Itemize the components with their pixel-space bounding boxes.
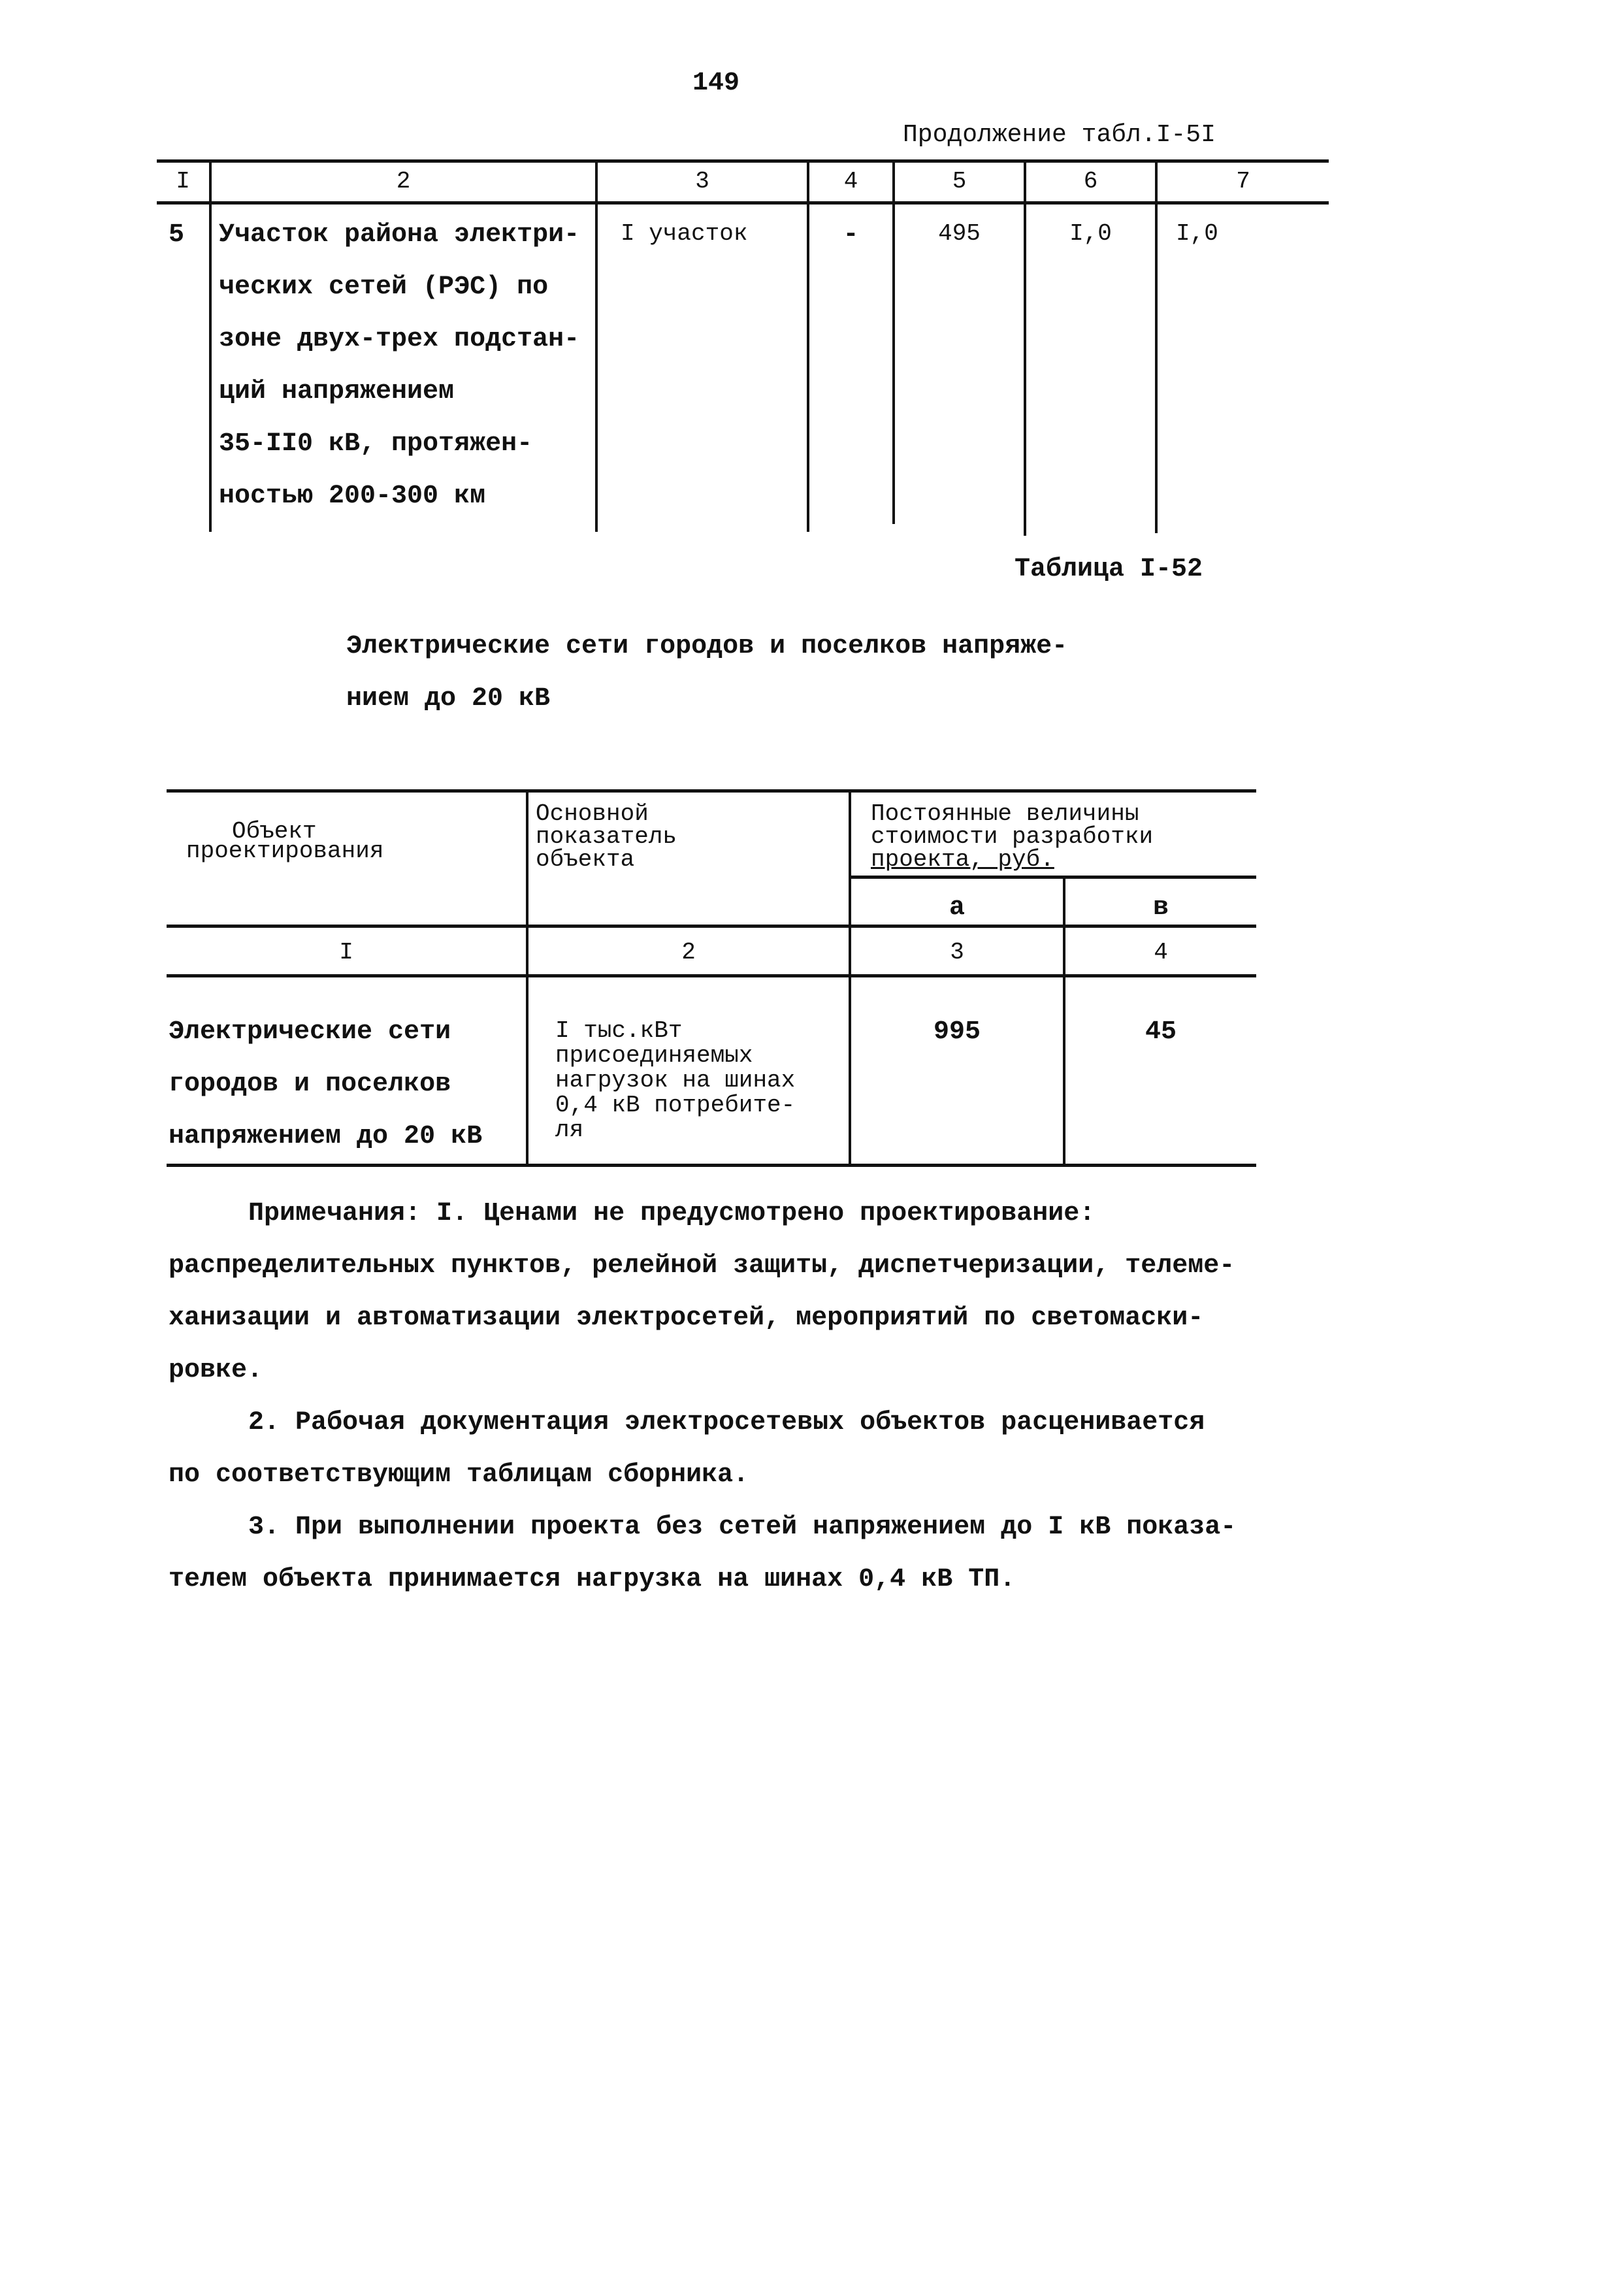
note-line: 2. Рабочая документация электросетевых о… (248, 1410, 1205, 1436)
table1-unit: I участок (621, 222, 747, 246)
table1-header-cell: 7 (1158, 170, 1329, 193)
table2-header-cost: Постоянные величины (871, 802, 1139, 826)
table1-header-cell: 6 (1026, 170, 1155, 193)
table1-row-number: 5 (169, 222, 184, 248)
table1-header-cell: 2 (212, 170, 595, 193)
table2-indicator-line: I тыс.кВт (555, 1019, 682, 1043)
table1-object-line: ций напряжением (219, 379, 454, 405)
table2-subheader-b: в (1065, 895, 1256, 921)
table-title-line: Электрические сети городов и поселков на… (346, 634, 1067, 660)
table2-value-a: 995 (851, 1019, 1063, 1045)
table1-divider (595, 159, 598, 532)
table1-header-cell: I (157, 170, 209, 193)
note-line: по соответствующим таблицам сборника. (169, 1462, 749, 1488)
table1-object-line: 35-II0 кВ, протяжен- (219, 431, 532, 457)
table1-divider (892, 159, 895, 524)
table2-object-line: Электрические сети (169, 1019, 451, 1045)
table2-subheader-a: а (851, 895, 1063, 921)
note-line: ханизации и автоматизации электросетей, … (169, 1305, 1203, 1332)
note-line: ровке. (169, 1358, 263, 1384)
table1-divider (1024, 159, 1026, 536)
table2-header-indicator: Основной (536, 802, 649, 826)
table2-number-cell: I (167, 941, 526, 964)
table1-divider (209, 159, 212, 532)
table1-header-cell: 5 (895, 170, 1024, 193)
table2-object-line: городов и поселков (169, 1072, 451, 1098)
table1-divider (1155, 159, 1158, 533)
table1-col5-value: 495 (895, 222, 1024, 246)
table1-header-rule (157, 201, 1329, 205)
table2-bottom-rule (167, 1164, 1256, 1167)
table1-divider (807, 159, 809, 532)
note-line: телем объекта принимается нагрузка на ши… (169, 1567, 1015, 1593)
table2-header-cost: стоимости разработки (871, 825, 1153, 849)
table2-subheader-rule (850, 876, 1256, 879)
table1-header-cell: 3 (598, 170, 807, 193)
table2-indicator-line: нагрузок на шинах (555, 1069, 795, 1092)
table2-top-rule (167, 789, 1256, 793)
note-line: Примечания: I. Ценами не предусмотрено п… (248, 1201, 1095, 1227)
table2-value-b: 45 (1065, 1019, 1256, 1045)
table1-col4-value: - (809, 222, 892, 248)
table1-col6-value: I,0 (1026, 222, 1155, 246)
table1-col7-value: I,0 (1176, 222, 1218, 246)
table2-indicator-line: ля (555, 1119, 583, 1142)
table2-header-rule (167, 925, 1256, 928)
table1-top-rule (157, 159, 1329, 163)
table2-header-object: проектирования (186, 840, 383, 863)
table2-divider (526, 789, 528, 1167)
table1-object-line: Участок района электри- (219, 222, 579, 248)
continuation-label: Продолжение табл.I-5I (903, 123, 1216, 148)
table1-object-line: ческих сетей (РЭС) по (219, 274, 548, 301)
table2-header-indicator: объекта (536, 848, 634, 872)
table2-number-cell: 3 (851, 941, 1063, 964)
note-line: 3. При выполнении проекта без сетей напр… (248, 1515, 1236, 1541)
table1-header-cell: 4 (809, 170, 892, 193)
table-label: Таблица I-52 (1015, 557, 1203, 583)
table-title-line: нием до 20 кВ (346, 686, 550, 712)
table2-object-line: напряжением до 20 кВ (169, 1124, 482, 1150)
table2-divider (849, 789, 851, 1167)
table2-numbers-rule (167, 974, 1256, 977)
table1-object-line: ностью 200-300 км (219, 483, 485, 510)
table1-object-line: зоне двух-трех подстан- (219, 327, 579, 353)
page-number: 149 (692, 71, 739, 97)
table2-header-cost: проекта, руб. (871, 848, 1054, 872)
table2-indicator-line: 0,4 кВ потребите- (555, 1094, 795, 1117)
note-line: распределительных пунктов, релейной защи… (169, 1253, 1235, 1279)
table2-number-cell: 2 (528, 941, 849, 964)
table2-indicator-line: присоединяемых (555, 1044, 753, 1068)
table2-header-indicator: показатель (536, 825, 677, 849)
table2-number-cell: 4 (1065, 941, 1256, 964)
